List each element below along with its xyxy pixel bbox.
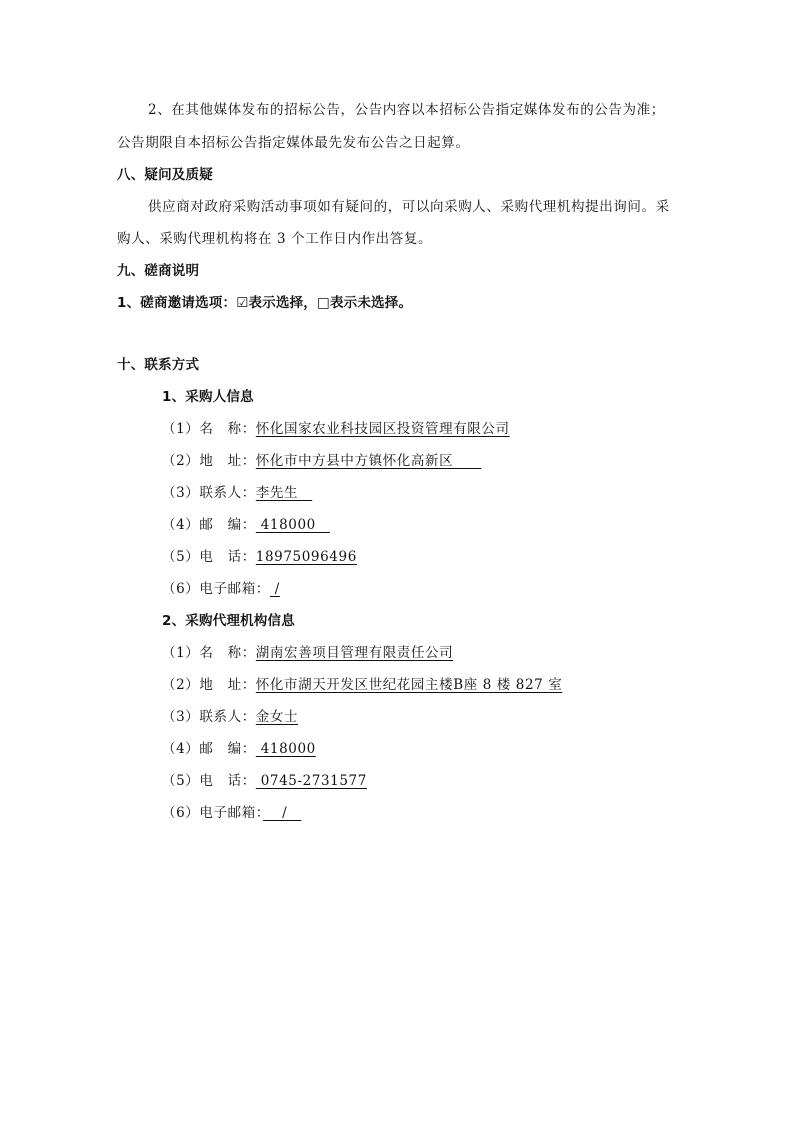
agency-phone-value: 0745-2731577 [256, 773, 367, 789]
field-label: （2）地 址： [162, 677, 256, 693]
paragraph-media-notice-line1: 2、在其他媒体发布的招标公告，公告内容以本招标公告指定媒体发布的公告为准； [148, 101, 665, 119]
agency-name-value: 湖南宏善项目管理有限责任公司 [256, 645, 453, 661]
agency-name-row: （1）名 称：湖南宏善项目管理有限责任公司 [162, 644, 453, 662]
field-label: （5）电 话： [162, 773, 256, 789]
purchaser-phone-value: 18975096496 [256, 549, 357, 565]
purchaser-phone-row: （5）电 话：18975096496 [162, 548, 357, 566]
purchaser-info-title: 1、采购人信息 [162, 388, 254, 406]
agency-phone-row: （5）电 话： 0745-2731577 [162, 772, 367, 790]
agency-info-title: 2、采购代理机构信息 [162, 612, 295, 630]
purchaser-postcode-value: 418000 [256, 517, 330, 533]
negotiation-option-legend: 1、磋商邀请选项：☑表示选择，□表示未选择。 [117, 294, 412, 312]
field-label: （1）名 称： [162, 645, 256, 661]
field-label: （5）电 话： [162, 549, 256, 565]
field-label: （1）名 称： [162, 421, 256, 437]
purchaser-address-value: 怀化市中方县中方镇怀化高新区 [256, 453, 482, 469]
agency-postcode-value: 418000 [256, 741, 316, 757]
agency-email-value: / [263, 805, 301, 821]
paragraph-media-notice-line2: 公告期限自本招标公告指定媒体最先发布公告之日起算。 [117, 134, 470, 152]
field-label: （4）邮 编： [162, 517, 256, 533]
purchaser-contact-value: 李先生 [256, 485, 312, 501]
agency-postcode-row: （4）邮 编： 418000 [162, 740, 316, 758]
field-label: （2）地 址： [162, 453, 256, 469]
field-label: （6）电子邮箱： [162, 805, 263, 821]
purchaser-contact-row: （3）联系人：李先生 [162, 484, 312, 502]
section-heading-inquiry: 八、疑问及质疑 [117, 166, 213, 184]
agency-address-value: 怀化市湖天开发区世纪花园主楼B座 8 楼 827 室 [256, 677, 563, 693]
agency-contact-value: 金女士 [256, 709, 298, 725]
field-label: （4）邮 编： [162, 741, 256, 757]
purchaser-name-row: （1）名 称：怀化国家农业科技园区投资管理有限公司 [162, 420, 510, 438]
field-label: （6）电子邮箱： [162, 581, 270, 597]
paragraph-inquiry-line1: 供应商对政府采购活动事项如有疑问的，可以向采购人、采购代理机构提出询问。采 [148, 198, 670, 216]
purchaser-email-row: （6）电子邮箱： / [162, 580, 280, 598]
purchaser-address-row: （2）地 址：怀化市中方县中方镇怀化高新区 [162, 452, 481, 470]
agency-email-row: （6）电子邮箱： / [162, 804, 301, 822]
purchaser-email-value: / [270, 581, 280, 597]
agency-address-row: （2）地 址：怀化市湖天开发区世纪花园主楼B座 8 楼 827 室 [162, 676, 562, 694]
paragraph-inquiry-line2: 购人、采购代理机构将在 3 个工作日内作出答复。 [117, 230, 432, 248]
field-label: （3）联系人： [162, 485, 256, 501]
agency-contact-row: （3）联系人：金女士 [162, 708, 298, 726]
purchaser-name-value: 怀化国家农业科技园区投资管理有限公司 [256, 421, 510, 437]
field-label: （3）联系人： [162, 709, 256, 725]
purchaser-postcode-row: （4）邮 编： 418000 [162, 516, 330, 534]
section-heading-contact: 十、联系方式 [117, 356, 199, 374]
section-heading-negotiation: 九、磋商说明 [117, 262, 199, 280]
